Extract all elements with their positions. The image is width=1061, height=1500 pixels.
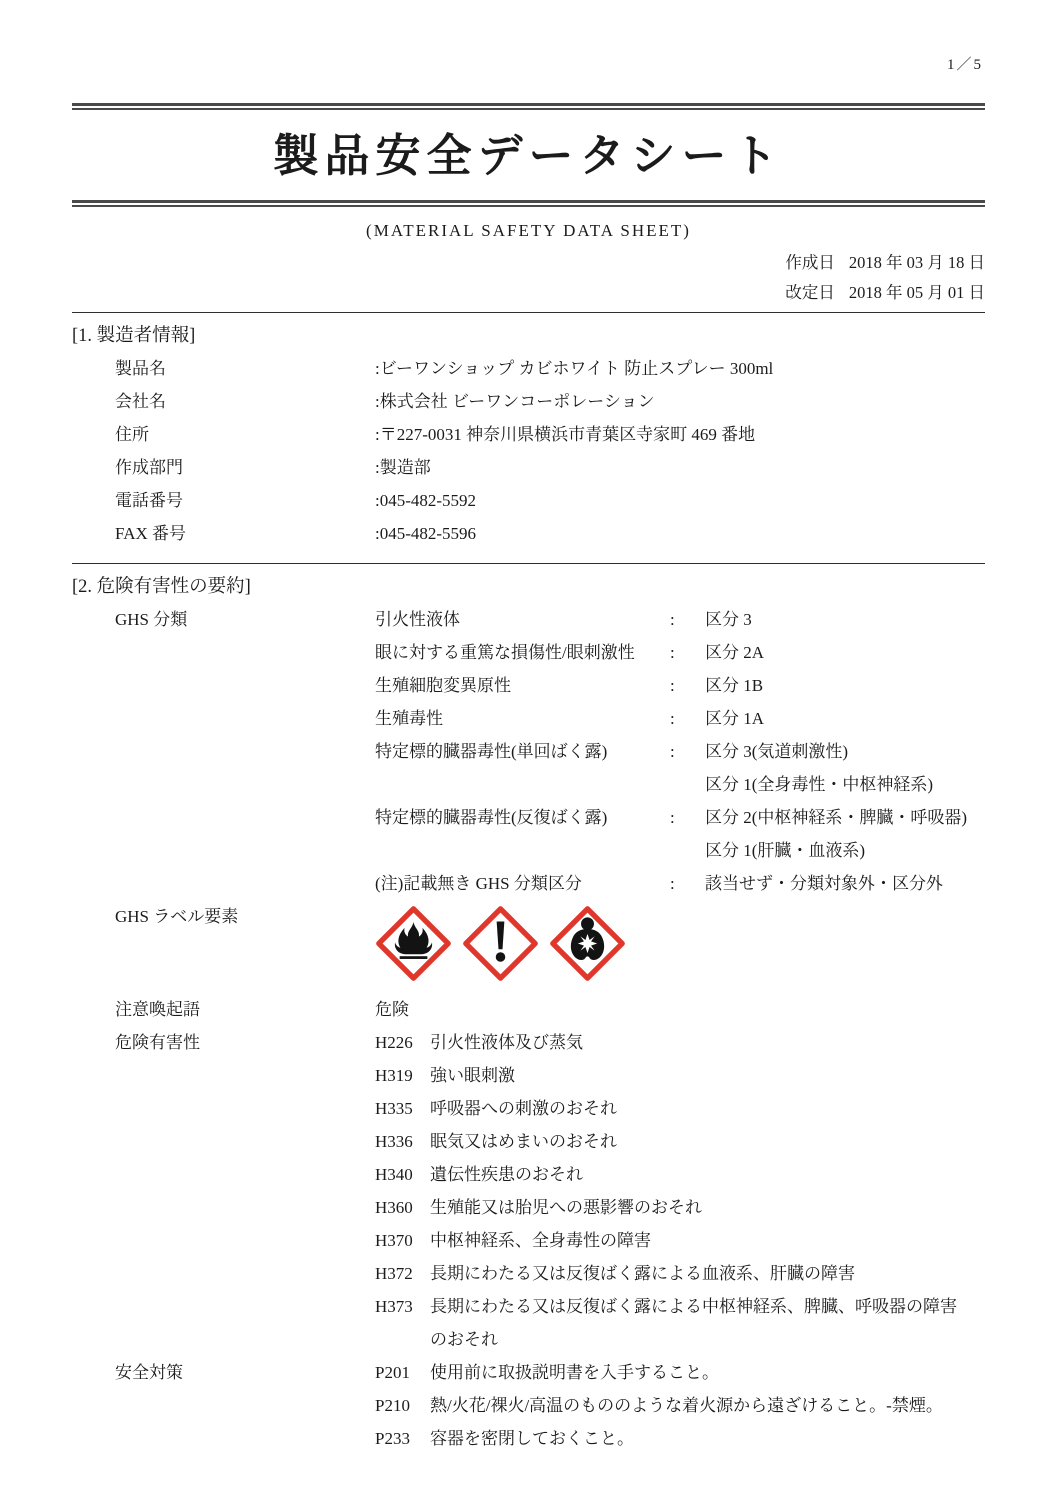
- ghs-label-elements-label: GHS ラベル要素: [115, 900, 375, 993]
- ghs-colon: [670, 834, 705, 867]
- hazard-statements-list: H226引火性液体及び蒸気H319強い眼刺激H335呼吸器への刺激のおそれH33…: [375, 1026, 985, 1356]
- statement-code: H360: [375, 1191, 430, 1224]
- ghs-classification-row: 区分 1(肝臓・血液系): [375, 834, 985, 867]
- statement-text: 引火性液体及び蒸気: [430, 1026, 985, 1059]
- divider-thin-1: [72, 312, 985, 313]
- precautionary-statement-row: P210熱/火花/裸火/高温のもののような着火源から遠ざけること。-禁煙。: [375, 1389, 985, 1422]
- ghs-classification-row: 生殖細胞変異原性:区分 1B: [375, 669, 985, 702]
- manufacturer-info-row: 住所:〒227-0031 神奈川県横浜市青葉区寺家町 469 番地: [72, 418, 985, 451]
- manufacturer-info-row: 電話番号:045-482-5592: [72, 484, 985, 517]
- manufacturer-info-row: 会社名:株式会社 ビーワンコーポレーション: [72, 385, 985, 418]
- ghs-classification-row: (注)記載無き GHS 分類区分:該当せず・分類対象外・区分外: [375, 867, 985, 900]
- hazard-statement-row: H226引火性液体及び蒸気: [375, 1026, 985, 1059]
- ghs-hazard-class: [375, 768, 670, 801]
- ghs-category: 該当せず・分類対象外・区分外: [705, 867, 985, 900]
- info-value: :045-482-5592: [375, 484, 985, 517]
- statement-code: P201: [375, 1356, 430, 1389]
- statement-code: H370: [375, 1224, 430, 1257]
- msds-page: 1／5 製品安全データシート (MATERIAL SAFETY DATA SHE…: [0, 0, 1061, 1500]
- statement-text: 長期にわたる又は反復ばく露による血液系、肝臓の障害: [430, 1257, 985, 1290]
- statement-text: 遺伝性疾患のおそれ: [430, 1158, 985, 1191]
- info-value: :045-482-5596: [375, 517, 985, 550]
- ghs-classification-block: GHS 分類 引火性液体:区分 3眼に対する重篤な損傷性/眼刺激性:区分 2A生…: [72, 603, 985, 900]
- ghs-label-elements-block: GHS ラベル要素: [72, 900, 985, 993]
- hazard-statement-row: H335呼吸器への刺激のおそれ: [375, 1092, 985, 1125]
- ghs-classification-row: 引火性液体:区分 3: [375, 603, 985, 636]
- statement-text: 呼吸器への刺激のおそれ: [430, 1092, 985, 1125]
- precautionary-statements-label: 安全対策: [115, 1356, 375, 1455]
- ghs-hazard-class: 生殖細胞変異原性: [375, 669, 670, 702]
- ghs-classification-list: 引火性液体:区分 3眼に対する重篤な損傷性/眼刺激性:区分 2A生殖細胞変異原性…: [375, 603, 985, 900]
- document-title: 製品安全データシート: [72, 110, 985, 200]
- ghs-category: 区分 1(全身毒性・中枢神経系): [705, 768, 985, 801]
- ghs-colon: :: [670, 702, 705, 735]
- signal-word-block: 注意喚起語 危険: [72, 993, 985, 1026]
- statement-code: [375, 1323, 430, 1356]
- signal-word-label: 注意喚起語: [115, 993, 375, 1026]
- section1-heading: [1. 製造者情報]: [72, 321, 985, 352]
- revised-date-value: 2018 年 05 月 01 日: [849, 283, 985, 302]
- info-value: :株式会社 ビーワンコーポレーション: [375, 385, 985, 418]
- statement-text: 長期にわたる又は反復ばく露による中枢神経系、脾臓、呼吸器の障害: [430, 1290, 985, 1323]
- statement-text: 容器を密閉しておくこと。: [430, 1422, 985, 1455]
- info-label: FAX 番号: [115, 517, 375, 550]
- info-value: :〒227-0031 神奈川県横浜市青葉区寺家町 469 番地: [375, 418, 985, 451]
- ghs-colon: :: [670, 735, 705, 768]
- ghs-hazard-class: 引火性液体: [375, 603, 670, 636]
- ghs-category: 区分 2A: [705, 636, 985, 669]
- hazard-statement-row: のおそれ: [375, 1323, 985, 1356]
- ghs-colon: :: [670, 636, 705, 669]
- flame-icon: [375, 905, 452, 982]
- hazard-statement-row: H319強い眼刺激: [375, 1059, 985, 1092]
- hazard-statement-row: H336眠気又はめまいのおそれ: [375, 1125, 985, 1158]
- statement-text: 中枢神経系、全身毒性の障害: [430, 1224, 985, 1257]
- info-label: 製品名: [115, 352, 375, 385]
- revised-date-row: 改定日2018 年 05 月 01 日: [72, 278, 985, 308]
- manufacturer-info-row: 作成部門:製造部: [72, 451, 985, 484]
- section2-heading: [2. 危険有害性の要約]: [72, 572, 985, 603]
- ghs-colon: :: [670, 801, 705, 834]
- precautionary-statement-row: P233容器を密閉しておくこと。: [375, 1422, 985, 1455]
- ghs-hazard-class: 特定標的臓器毒性(反復ばく露): [375, 801, 670, 834]
- ghs-category: 区分 1(肝臓・血液系): [705, 834, 985, 867]
- hazard-statements-block: 危険有害性 H226引火性液体及び蒸気H319強い眼刺激H335呼吸器への刺激の…: [72, 1026, 985, 1356]
- ghs-classification-row: 生殖毒性:区分 1A: [375, 702, 985, 735]
- divider-double-top: [72, 103, 985, 110]
- manufacturer-info-list: 製品名:ビーワンショップ カビホワイト 防止スプレー 300ml会社名:株式会社…: [72, 352, 985, 550]
- statement-code: H336: [375, 1125, 430, 1158]
- ghs-classification-row: 区分 1(全身毒性・中枢神経系): [375, 768, 985, 801]
- hazard-statement-row: H373長期にわたる又は反復ばく露による中枢神経系、脾臓、呼吸器の障害: [375, 1290, 985, 1323]
- divider-thin-2: [72, 563, 985, 564]
- ghs-colon: :: [670, 867, 705, 900]
- hazard-statement-row: H340遺伝性疾患のおそれ: [375, 1158, 985, 1191]
- statement-text: 生殖能又は胎児への悪影響のおそれ: [430, 1191, 985, 1224]
- statement-text: 使用前に取扱説明書を入手すること。: [430, 1356, 985, 1389]
- manufacturer-info-row: FAX 番号:045-482-5596: [72, 517, 985, 550]
- ghs-category: 区分 1A: [705, 702, 985, 735]
- page-content: 製品安全データシート (MATERIAL SAFETY DATA SHEET) …: [72, 103, 985, 1455]
- info-label: 住所: [115, 418, 375, 451]
- document-subtitle: (MATERIAL SAFETY DATA SHEET): [72, 219, 985, 243]
- statement-code: H372: [375, 1257, 430, 1290]
- manufacturer-info-row: 製品名:ビーワンショップ カビホワイト 防止スプレー 300ml: [72, 352, 985, 385]
- ghs-hazard-class: (注)記載無き GHS 分類区分: [375, 867, 670, 900]
- hazard-statement-row: H360生殖能又は胎児への悪影響のおそれ: [375, 1191, 985, 1224]
- ghs-category: 区分 3: [705, 603, 985, 636]
- ghs-hazard-class: 生殖毒性: [375, 702, 670, 735]
- statement-code: H226: [375, 1026, 430, 1059]
- revised-date-label: 改定日: [785, 283, 835, 302]
- page-number: 1／5: [947, 53, 983, 74]
- ghs-classification-label: GHS 分類: [115, 603, 375, 900]
- signal-word-value: 危険: [375, 993, 985, 1026]
- info-label: 会社名: [115, 385, 375, 418]
- ghs-hazard-class: [375, 834, 670, 867]
- ghs-colon: [670, 768, 705, 801]
- statement-text: のおそれ: [430, 1323, 985, 1356]
- ghs-category: 区分 2(中枢神経系・脾臓・呼吸器): [705, 801, 985, 834]
- info-label: 作成部門: [115, 451, 375, 484]
- statement-code: H340: [375, 1158, 430, 1191]
- info-value: :製造部: [375, 451, 985, 484]
- statement-code: H335: [375, 1092, 430, 1125]
- ghs-classification-row: 特定標的臓器毒性(単回ばく露):区分 3(気道刺激性): [375, 735, 985, 768]
- ghs-hazard-class: 眼に対する重篤な損傷性/眼刺激性: [375, 636, 670, 669]
- created-date-value: 2018 年 03 月 18 日: [849, 253, 985, 272]
- statement-code: P210: [375, 1389, 430, 1422]
- statement-text: 熱/火花/裸火/高温のもののような着火源から遠ざけること。-禁煙。: [430, 1389, 985, 1422]
- precautionary-statement-row: P201使用前に取扱説明書を入手すること。: [375, 1356, 985, 1389]
- hazard-statement-row: H370中枢神経系、全身毒性の障害: [375, 1224, 985, 1257]
- precautionary-statements-list: P201使用前に取扱説明書を入手すること。P210熱/火花/裸火/高温のもののよ…: [375, 1356, 985, 1455]
- hazard-statements-label: 危険有害性: [115, 1026, 375, 1356]
- ghs-category: 区分 3(気道刺激性): [705, 735, 985, 768]
- ghs-colon: :: [670, 669, 705, 702]
- created-date-label: 作成日: [785, 253, 835, 272]
- ghs-classification-row: 特定標的臓器毒性(反復ばく露):区分 2(中枢神経系・脾臓・呼吸器): [375, 801, 985, 834]
- ghs-colon: :: [670, 603, 705, 636]
- statement-text: 眠気又はめまいのおそれ: [430, 1125, 985, 1158]
- health-hazard-icon: [549, 905, 626, 982]
- ghs-category: 区分 1B: [705, 669, 985, 702]
- info-value: :ビーワンショップ カビホワイト 防止スプレー 300ml: [375, 352, 985, 385]
- info-label: 電話番号: [115, 484, 375, 517]
- exclamation-mark-icon: [462, 905, 539, 982]
- statement-text: 強い眼刺激: [430, 1059, 985, 1092]
- hazard-statement-row: H372長期にわたる又は反復ばく露による血液系、肝臓の障害: [375, 1257, 985, 1290]
- ghs-pictograms: [375, 900, 985, 993]
- statement-code: H319: [375, 1059, 430, 1092]
- divider-double-bottom: [72, 200, 985, 207]
- statement-code: P233: [375, 1422, 430, 1455]
- ghs-hazard-class: 特定標的臓器毒性(単回ばく露): [375, 735, 670, 768]
- date-block: 作成日2018 年 03 月 18 日 改定日2018 年 05 月 01 日: [72, 248, 985, 308]
- precautionary-statements-block: 安全対策 P201使用前に取扱説明書を入手すること。P210熱/火花/裸火/高温…: [72, 1356, 985, 1455]
- created-date-row: 作成日2018 年 03 月 18 日: [72, 248, 985, 278]
- ghs-classification-row: 眼に対する重篤な損傷性/眼刺激性:区分 2A: [375, 636, 985, 669]
- statement-code: H373: [375, 1290, 430, 1323]
